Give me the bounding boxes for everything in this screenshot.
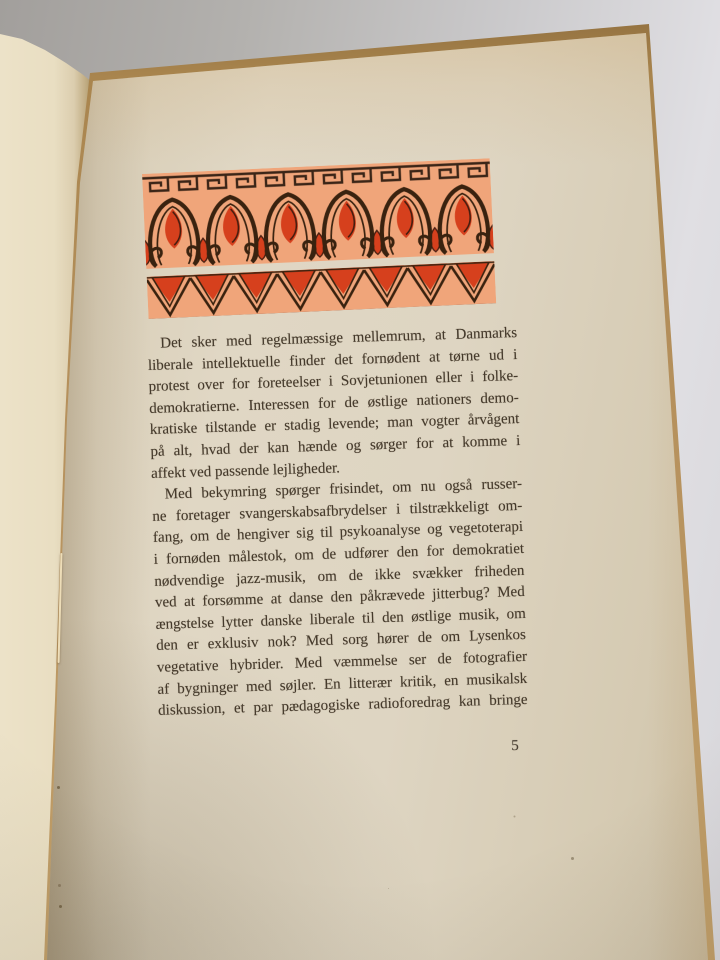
- book-photo-scene: Det sker med regelmæssige mellemrum, at …: [0, 0, 720, 960]
- paragraph: Det sker med regelmæssige mellemrum, at …: [147, 323, 521, 485]
- stitch-hole: [58, 884, 61, 887]
- chapter-ornament: [142, 158, 496, 320]
- body-text: Det sker med regelmæssige mellemrum, at …: [147, 323, 528, 722]
- ornament-band-flame-drops: [143, 179, 494, 269]
- stitch-hole: [57, 786, 60, 789]
- ornament-graphic: [142, 158, 496, 320]
- paragraph: Med bekymring spørger frisindet, om nu o…: [151, 474, 528, 722]
- line-text: affekt ved passende lejligheder.: [151, 460, 340, 482]
- stitch-hole: [59, 905, 62, 908]
- dust-speck: [571, 857, 574, 860]
- page-number: 5: [503, 738, 527, 756]
